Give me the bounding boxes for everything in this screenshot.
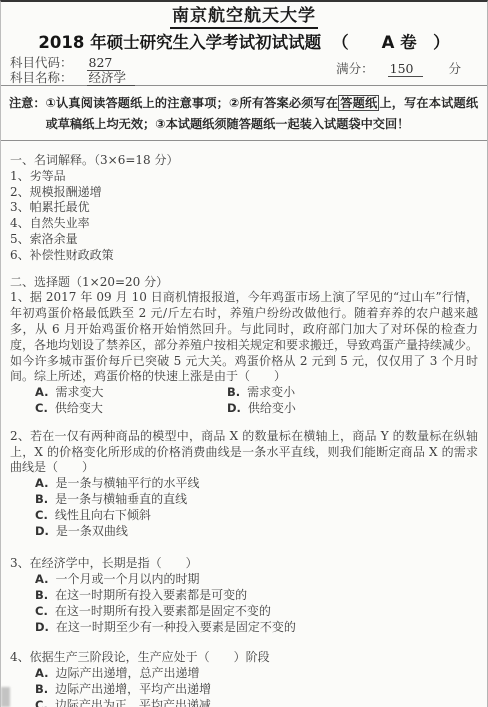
option-text: 边际产出递增，平均产出递增 (55, 682, 211, 696)
header: 南京航空航天大学 2018 年硕士研究生入学考试初试试题 （ A 卷 ） 科目代… (1, 6, 487, 85)
subject-code-label: 科目代码： (10, 55, 73, 70)
question-options: A.边际产出递增，总产出递增 B.边际产出递增，平均产出递增 C.边际产出为正，… (35, 666, 478, 707)
option-text: 边际产出为正，平均产出递减 (55, 698, 211, 707)
option-text: 是一条与横轴垂直的直线 (55, 492, 187, 506)
option-item: D.是一条双曲线 (35, 524, 478, 540)
option-text: 在这一时期至少有一种投入要素是固定不变的 (56, 620, 296, 634)
divider-line-bottom (1, 140, 487, 141)
section-two-title: 二、选择题（1×20=20 分） (10, 275, 478, 291)
option-text: 在这一时期所有投入要素都是可变的 (55, 588, 247, 602)
question-2: 2、若在一仅有两种商品的模型中，商品 X 的数量标在横轴上，商品 Y 的数量标在… (10, 429, 478, 540)
option-item: C.供给变大 (35, 401, 227, 417)
notice-label: 注意： (9, 93, 46, 134)
notice-part1: ①认真阅读答题纸上的注意事项；②所有答案必须写在 (46, 96, 339, 110)
full-score-label: 满分： (336, 61, 374, 76)
paper-variant: （ A 卷 ） (332, 32, 450, 53)
option-letter: C. (35, 698, 48, 707)
glossary-item: 1、劣等品 (10, 169, 478, 185)
option-letter: B. (35, 682, 48, 696)
question-4: 4、依据生产三阶段论，生产应处于（ ）阶段 A.边际产出递增，总产出递增 B.边… (10, 650, 478, 707)
option-letter: A. (35, 385, 48, 399)
glossary-item: 3、帕累托最优 (10, 200, 478, 216)
full-score-row: 满分： 150 分 (336, 61, 461, 85)
option-item: B.在这一时期所有投入要素都是可变的 (35, 588, 478, 604)
question-options: A.需求变大 B.需求变小 C.供给变大 D.供给变小 (35, 385, 478, 417)
boxed-term: 答题纸 (338, 95, 379, 111)
section-two: 二、选择题（1×20=20 分） 1、据 2017 年 09 月 10 日商机情… (10, 275, 478, 707)
subject-name-label: 科目名称： (10, 70, 73, 85)
section-one: 一、名词解释。（3×6=18 分） 1、劣等品 2、规模报酬递增 3、帕累托最优… (10, 153, 478, 264)
question-3: 3、在经济学中，长期是指（ ） A.一个月或一个月以内的时期 B.在这一时期所有… (10, 556, 478, 635)
full-score-value: 150 (388, 61, 423, 77)
exam-title-text: 2018 年硕士研究生入学考试初试试题 (38, 32, 321, 53)
subject-code-value: 827 (87, 55, 122, 71)
option-item: A.是一条与横轴平行的水平线 (35, 476, 478, 492)
option-text: 需求变大 (55, 385, 103, 399)
option-item: C.线性且向右下倾斜 (35, 508, 478, 524)
glossary-item: 4、自然失业率 (10, 216, 478, 232)
option-item: B.需求变小 (227, 385, 478, 401)
option-item: B.边际产出递增，平均产出递增 (35, 682, 478, 698)
option-letter: C. (35, 604, 48, 618)
option-text: 供给变大 (55, 401, 103, 415)
question-stem: 1、据 2017 年 09 月 10 日商机情报报道，今年鸡蛋市场上演了罕见的“… (10, 290, 478, 385)
glossary-item: 6、补偿性财政政策 (10, 248, 478, 264)
option-text: 在这一时期所有投入要素都是固定不变的 (55, 604, 271, 618)
question-1: 1、据 2017 年 09 月 10 日商机情报报道，今年鸡蛋市场上演了罕见的“… (10, 290, 478, 416)
subject-name-value: 经济学 (87, 70, 136, 86)
full-score-unit: 分 (448, 61, 461, 76)
option-letter: B. (35, 492, 48, 506)
option-text: 线性且向右下倾斜 (55, 508, 151, 522)
option-text: 供给变小 (248, 401, 296, 415)
option-text: 是一条与横轴平行的水平线 (55, 476, 199, 490)
university-title: 南京航空航天大学 (10, 6, 478, 26)
notice-block: 注意： ①认真阅读答题纸上的注意事项；②所有答案必须写在答题纸上，写在本试题纸或… (1, 86, 487, 140)
option-text: 边际产出递增，总产出递增 (55, 666, 199, 680)
option-letter: A. (35, 666, 48, 680)
option-letter: B. (227, 385, 240, 399)
section-one-title: 一、名词解释。（3×6=18 分） (10, 153, 478, 169)
question-stem: 2、若在一仅有两种商品的模型中，商品 X 的数量标在横轴上，商品 Y 的数量标在… (10, 429, 478, 476)
option-text: 需求变小 (247, 385, 295, 399)
option-letter: B. (35, 588, 48, 602)
option-letter: C. (35, 508, 48, 522)
question-options: A.是一条与横轴平行的水平线 B.是一条与横轴垂直的直线 C.线性且向右下倾斜 … (35, 476, 478, 539)
exam-body: 一、名词解释。（3×6=18 分） 1、劣等品 2、规模报酬递增 3、帕累托最优… (1, 153, 487, 707)
option-item: A.需求变大 (35, 385, 227, 401)
option-letter: D. (35, 524, 49, 538)
scan-artifact (1, 687, 10, 707)
option-item: D.在这一时期至少有一种投入要素是固定不变的 (35, 620, 478, 636)
meta-row: 科目代码： 827 科目名称： 经济学 满分： 150 分 (10, 56, 478, 85)
option-item: C.边际产出为正，平均产出递减 (35, 698, 478, 707)
option-item: A.边际产出递增，总产出递增 (35, 666, 478, 682)
glossary-item: 2、规模报酬递增 (10, 185, 478, 201)
option-letter: A. (35, 476, 48, 490)
subject-name-row: 科目名称： 经济学 (10, 71, 135, 86)
option-item: C.在这一时期所有投入要素都是固定不变的 (35, 604, 478, 620)
question-stem: 4、依据生产三阶段论，生产应处于（ ）阶段 (10, 650, 478, 666)
glossary-item: 5、索洛余量 (10, 232, 478, 248)
question-stem: 3、在经济学中，长期是指（ ） (10, 556, 478, 572)
option-item: B.是一条与横轴垂直的直线 (35, 492, 478, 508)
option-letter: D. (35, 620, 49, 634)
notice-text: ①认真阅读答题纸上的注意事项；②所有答案必须写在答题纸上，写在本试题纸或草稿纸上… (46, 93, 478, 134)
option-item: D.供给变小 (227, 401, 478, 417)
exam-subtitle: 2018 年硕士研究生入学考试初试试题 （ A 卷 ） (10, 32, 478, 53)
option-text: 一个月或一个月以内的时期 (55, 572, 199, 586)
option-letter: D. (227, 401, 241, 415)
option-item: A.一个月或一个月以内的时期 (35, 572, 478, 588)
option-letter: A. (35, 572, 48, 586)
option-text: 是一条双曲线 (56, 524, 128, 538)
exam-paper-page: 南京航空航天大学 2018 年硕士研究生入学考试初试试题 （ A 卷 ） 科目代… (0, 0, 488, 707)
option-letter: C. (35, 401, 48, 415)
subject-meta: 科目代码： 827 科目名称： 经济学 (10, 56, 135, 85)
subject-code-row: 科目代码： 827 (10, 56, 135, 71)
university-title-text: 南京航空航天大学 (170, 6, 318, 29)
question-options: A.一个月或一个月以内的时期 B.在这一时期所有投入要素都是可变的 C.在这一时… (35, 572, 478, 635)
